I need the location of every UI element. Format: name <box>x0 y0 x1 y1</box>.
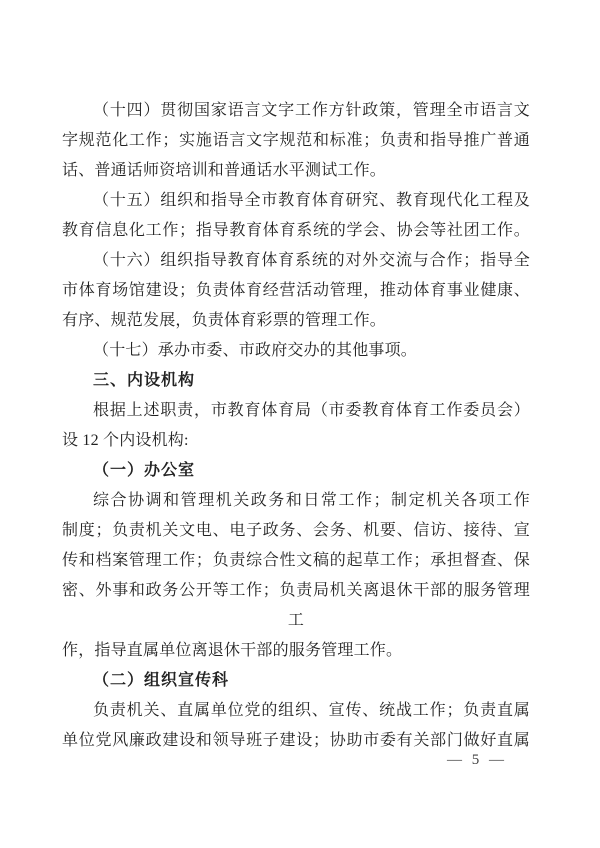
document-body: （十四）贯彻国家语言文字工作方针政策，管理全市语言文 字规范化工作；实施语言文字… <box>62 96 530 756</box>
subsection-heading-office: （一）办公室 <box>62 456 530 486</box>
office-duty-line: 综合协调和管理机关政务和日常工作；制定机关各项工作 <box>62 486 530 516</box>
section-heading-internal-organs: 三、内设机构 <box>62 366 530 396</box>
org-propaganda-duty-line: 负责机关、直属单位党的组织、宣传、统战工作；负责直属 <box>62 696 530 726</box>
para-14-line: 话、普通话师资培训和普通话水平测试工作。 <box>62 156 530 186</box>
para-14-line: （十四）贯彻国家语言文字工作方针政策，管理全市语言文 <box>62 96 530 126</box>
office-duty-line: 密、外事和政务公开等工作；负责局机关离退休干部的服务管理 <box>62 576 530 606</box>
office-duty-line: 传和档案管理工作；负责综合性文稿的起草工作；承担督查、保 <box>62 546 530 576</box>
office-duty-line: 制度；负责机关文电、电子政务、会务、机要、信访、接待、宣 <box>62 516 530 546</box>
para-14-line: 字规范化工作；实施语言文字规范和标准；负责和指导推广普通 <box>62 126 530 156</box>
intro-line: 根据上述职责，市教育体育局（市委教育体育工作委员会） <box>62 396 530 426</box>
office-duty-line: 作，指导直属单位离退休干部的服务管理工作。 <box>62 636 530 666</box>
subsection-heading-org-propaganda: （二）组织宣传科 <box>62 666 530 696</box>
document-page: （十四）贯彻国家语言文字工作方针政策，管理全市语言文 字规范化工作；实施语言文字… <box>0 0 600 848</box>
para-16-line: （十六）组织指导教育体育系统的对外交流与合作；指导全 <box>62 246 530 276</box>
para-15-line: （十五）组织和指导全市教育体育研究、教育现代化工程及 <box>62 186 530 216</box>
para-16-line: 市体育场馆建设；负责体育经营活动管理，推动体育事业健康、 <box>62 276 530 306</box>
page-number: — 5 — <box>447 752 507 769</box>
para-15-line: 教育信息化工作；指导教育体育系统的学会、协会等社团工作。 <box>62 216 530 246</box>
office-duty-line-orphan-char: 工 <box>62 606 530 636</box>
para-16-line: 有序、规范发展，负责体育彩票的管理工作。 <box>62 306 530 336</box>
intro-line: 设 12 个内设机构: <box>62 426 530 456</box>
para-17-line: （十七）承办市委、市政府交办的其他事项。 <box>62 336 530 366</box>
